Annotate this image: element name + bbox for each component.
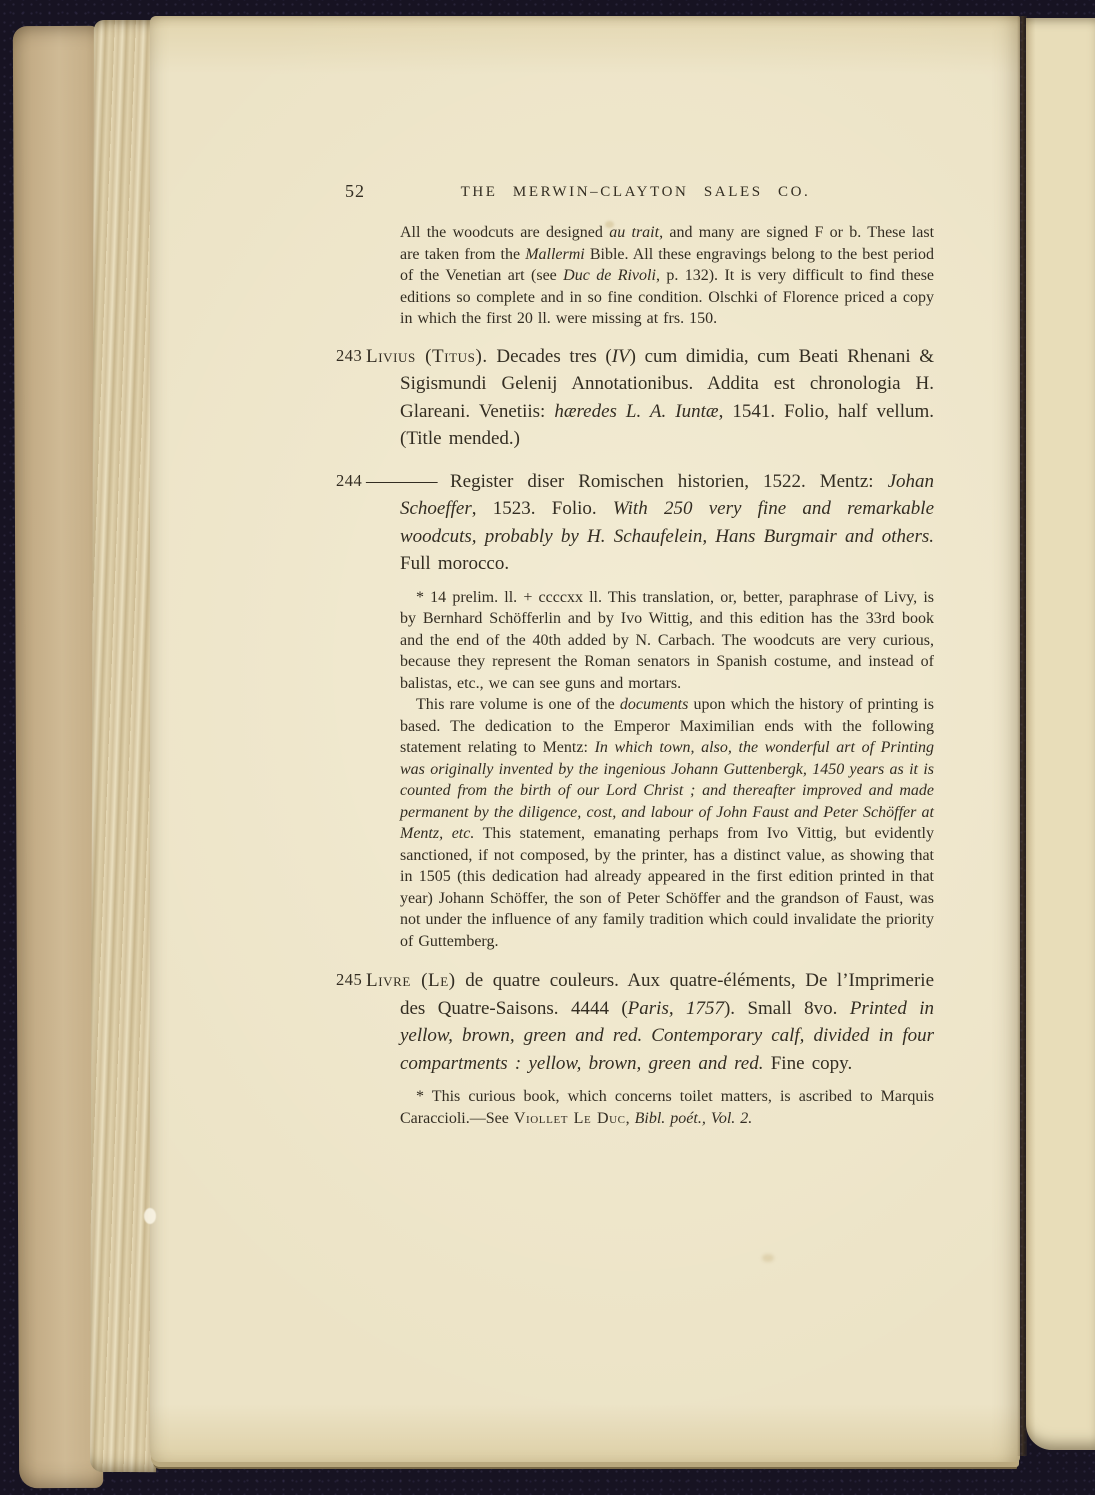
entry-note: This rare volume is one of the documents… [400,694,934,952]
entry-heading: ———— Register diser Romischen historien,… [400,468,934,578]
entry-note: * 14 prelim. ll. + ccccxx ll. This trans… [400,587,934,695]
scanned-book-photo: { "colors":{ "background":"#171322", "pa… [0,0,1095,1495]
entry-heading: Livius (Titus). Decades tres (IV) cum di… [400,343,934,453]
page-header: 52 THE MERWIN–CLAYTON SALES CO. [337,184,934,201]
catalog-page: 52 THE MERWIN–CLAYTON SALES CO. All the … [150,16,1020,1462]
entry-number: 245 [336,970,362,990]
running-header: THE MERWIN–CLAYTON SALES CO. [337,184,934,201]
entry-number: 243 [336,346,362,366]
entry-note: * This curious book, which concerns toil… [400,1086,934,1129]
catalog-text-column: All the woodcuts are designed au trait, … [400,222,934,1144]
foxing-spot [762,1254,774,1262]
entry-245: 245 Livre (Le) de quatre couleurs. Aux q… [400,967,934,1129]
book-cover-edge [13,26,103,1488]
facing-page-edge [1026,18,1095,1450]
entry-heading: Livre (Le) de quatre couleurs. Aux quatr… [400,967,934,1077]
entry-number: 244 [336,471,362,491]
entry-244: 244 ———— Register diser Romischen histor… [400,468,934,953]
entry-243: 243 Livius (Titus). Decades tres (IV) cu… [400,343,934,453]
continuation-note: All the woodcuts are designed au trait, … [400,222,934,330]
page-number: 52 [345,181,365,202]
